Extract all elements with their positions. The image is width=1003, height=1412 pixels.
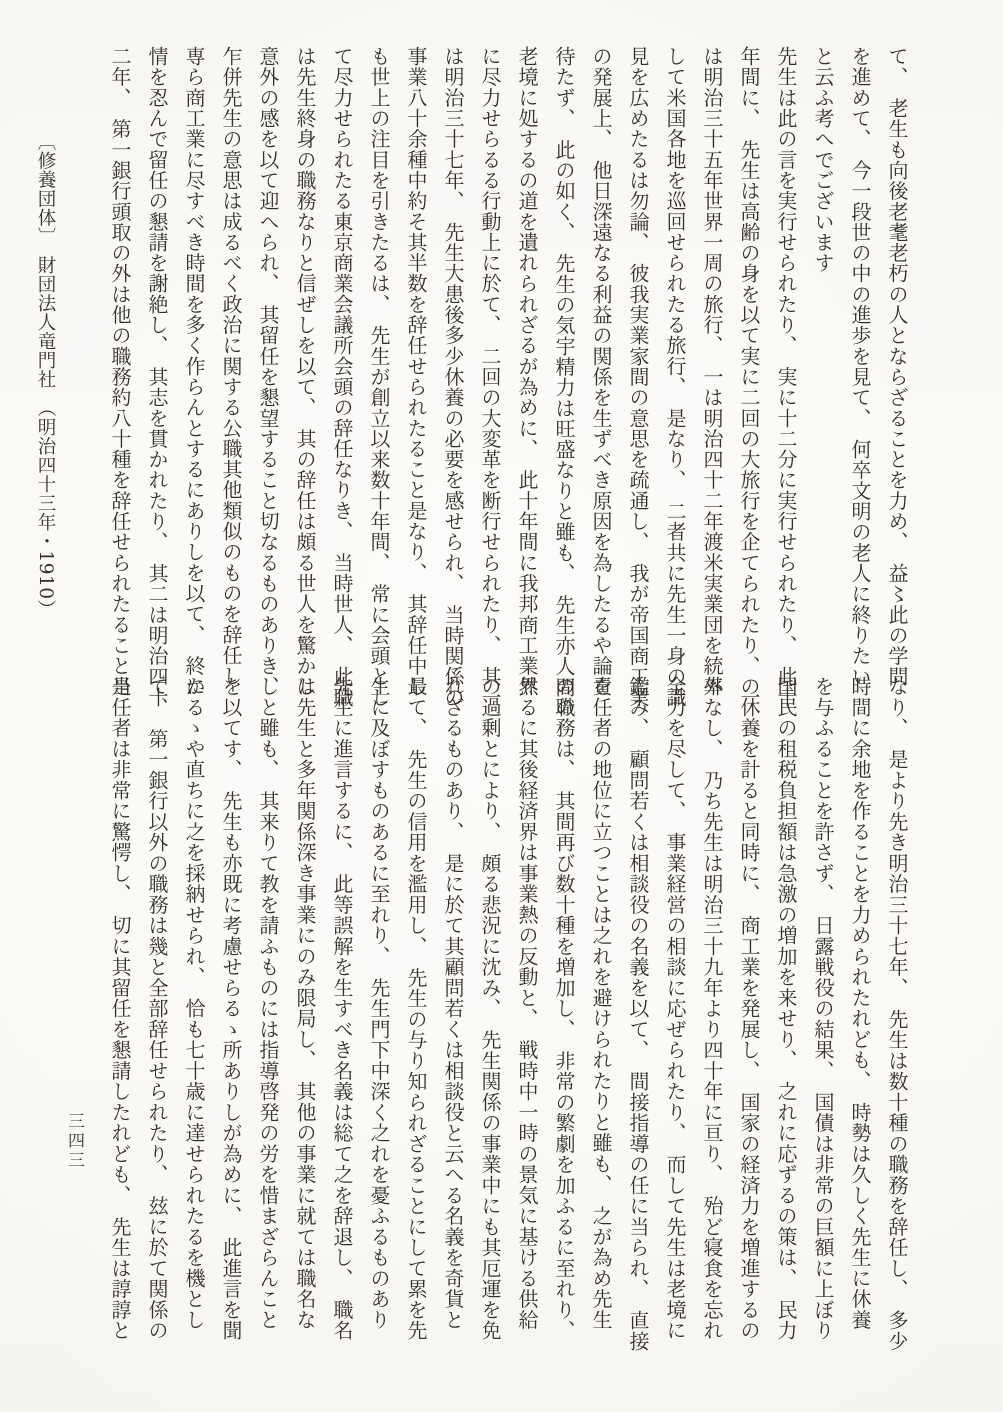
text-column: 生に及ぼすものあるに至れり、 先生門下中深く之れを憂ふるものあり	[360, 676, 397, 1308]
text-column: 専ら商工業に尽すべき時間を多く作らんとするにありしを以て、 終に	[175, 46, 212, 678]
text-column: 情を忍んで留任の懇請を謝絶し、 其志を貫かれたり、 其二は明治四十	[138, 46, 175, 678]
text-column: して米国各地を巡回せられたる旅行、 是なり、 二者共に先生一身の識	[656, 46, 693, 678]
text-column: て、 老生も向後老耄老朽の人とならざることを力め、 益〻此の学問	[878, 46, 915, 678]
text-column: 全力を尽して、 事業経営の相談に応ぜられたり、 而して先生は老境に	[656, 676, 693, 1308]
bottom-text-block: なり、 是より先き明治三十七年、 先生は数十種の職務を辞任し、 多少時間に余地を…	[101, 676, 915, 1308]
text-column: の休養を計ると同時に、 商工業を発展し、 国家の経済力を増進するの	[730, 676, 767, 1308]
text-column: れざるものあり、 是に於て其顧問若くは相談役と云へる名義を奇貨と	[434, 676, 471, 1308]
text-column: は先生終身の職務なりと信ぜしを以て、 其の辞任は頗る世人を驚かし	[286, 46, 323, 678]
scanned-book-page: て、 老生も向後老耄老朽の人とならざることを力め、 益〻此の学問を進めて、 今一…	[0, 0, 1003, 1412]
text-column: を以てす、 先生も亦既に考慮せらるゝ所ありしが為めに、 此進言を聞	[212, 676, 249, 1308]
text-column: かるゝや直ちに之を採納せられ、 恰も七十歳に達せられたるを機とし	[175, 676, 212, 1308]
text-column: 見を広めたるは勿論、 彼我実業家間の意思を疏通し、 我が帝国商工業	[619, 46, 656, 678]
text-column: 二年、 第一銀行頭取の外は他の職務約八十種を辞任せられたること是	[101, 46, 138, 678]
text-column: 事業八十余種中約そ其半数を辞任せられたること是なり、 其辞任中最	[397, 46, 434, 678]
text-column: の過剰とにより、 頗る悲況に沈み、 先生関係の事業中にも其厄運を免	[471, 676, 508, 1308]
text-column: の職務は、 其間再び数十種を増加し、 非常の繁劇を加ふるに至れり、	[545, 676, 582, 1308]
text-column: て尽力せられたる東京商業会議所会頭の辞任なりき、 当時世人、 此職	[323, 46, 360, 678]
text-column: しと雖も、 其来りて教を請ふものには指導啓発の労を惜まざらんこと	[249, 676, 286, 1308]
text-column: を与ふることを許さず、 日露戦役の結果、 国債は非常の巨額に上ぼり	[804, 676, 841, 1308]
text-column: 先生は此の言を実行せられたり、 実に十二分に実行せられたり、 此十	[767, 46, 804, 678]
text-column: 然るに其後経済界は事業熱の反動と、 戦時中一時の景気に基ける供給	[508, 676, 545, 1308]
text-column: 当任者は非常に驚愕し、 切に其留任を懇請したれども、 先生は諄諄と	[101, 676, 138, 1308]
text-column: 鑑み、 顧問若くは相談役の名義を以て、 間接指導の任に当られ、 直接	[619, 676, 656, 1308]
top-text-block: て、 老生も向後老耄老朽の人とならざることを力め、 益〻此の学問を進めて、 今一…	[27, 46, 915, 678]
text-column: 待たず、 此の如く、 先生の気宇精力は旺盛なりと雖も、 先生亦人間の	[545, 46, 582, 678]
text-column: 年間に、 先生は高齢の身を以て実に二回の大旅行を企てられたり、 一	[730, 46, 767, 678]
text-column: して、 先生の信用を濫用し、 先生の与り知られざることにして累を先	[397, 676, 434, 1308]
text-column: は明治三十五年世界一周の旅行、 一は明治四十二年渡米実業団を統率	[693, 46, 730, 678]
section-heading: 〔修養団体〕 財団法人竜門社 （明治四十三年・1910）	[27, 46, 64, 678]
paragraph-continuation-bottom: なり、 是より先き明治三十七年、 先生は数十種の職務を辞任し、 多少時間に余地を…	[101, 676, 915, 1308]
paragraph-continuation-top: て、 老生も向後老耄老朽の人とならざることを力め、 益〻此の学問を進めて、 今一…	[101, 46, 915, 678]
text-column: 外なし、 乃ち先生は明治三十九年より四十年に亘り、 殆ど寝食を忘れ	[693, 676, 730, 1308]
text-column: 老境に処するの道を遺れられざるが為めに、 此十年間に我邦商工業界	[508, 46, 545, 678]
text-column: 先生に進言するに、 此等誤解を生すべき名義は総て之を辞退し、 職名	[323, 676, 360, 1308]
text-column: 国民の租税負担額は急激の増加を来せり、 之れに応ずるの策は、 民力	[767, 676, 804, 1308]
text-column: 乍併先生の意思は成るべく政治に関する公職其他類似のものを辞任し	[212, 46, 249, 678]
text-column: は先生と多年関係深き事業にのみ限局し、 其他の事業に就ては職名な	[286, 676, 323, 1308]
text-column: なり、 是より先き明治三十七年、 先生は数十種の職務を辞任し、 多少	[878, 676, 915, 1308]
text-column: 意外の感を以て迎へられ、 其留任を懇望すること切なるものありき、	[249, 46, 286, 678]
text-column: と云ふ考へでございます	[804, 46, 841, 678]
text-column: を進めて、 今一段世の中の進歩を見て、 何卒文明の老人に終りたい	[841, 46, 878, 678]
text-column: 責任者の地位に立つことは之れを避けられたりと雖も、 之が為め先生	[582, 676, 619, 1308]
text-column: に尽力せらるる行動上に於て、 二回の大変革を断行せられたり、 其一	[471, 46, 508, 678]
text-column: の発展上、 他日深遠なる利益の関係を生ずべき原因を為したるや論を	[582, 46, 619, 678]
page-number: 三四三	[62, 1112, 87, 1171]
text-column: は明治三十七年、 先生大患後多少休養の必要を感せられ、 当時関係の	[434, 46, 471, 678]
text-column: て、 第一銀行以外の職務は幾と全部辞任せられたり、 玆に於て関係の	[138, 676, 175, 1308]
text-column: も世上の注目を引きたるは、 先生が創立以来数十年間、 常に会頭とし	[360, 46, 397, 678]
text-column: 時間に余地を作ることを力められたれども、 時勢は久しく先生に休養	[841, 676, 878, 1308]
